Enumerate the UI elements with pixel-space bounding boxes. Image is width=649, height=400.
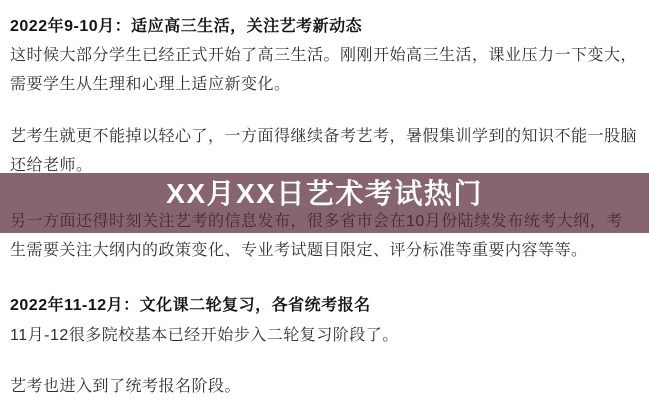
article-page: 2022年9-10月：适应高三生活，关注艺考新动态 这时候大部分学生已经正式开始… [0,0,649,400]
paragraph-art-exam-prep: 艺考生就更不能掉以轻心了，一方面得继续备考艺考，暑假集训学到的知识不能一股脑还给… [10,122,638,180]
paragraph-senior-life: 这时候大部分学生已经正式开始了高三生活。刚刚开始高三生活，课业压力一下变大，需要… [10,41,638,99]
section-heading-sep-oct: 2022年9-10月：适应高三生活，关注艺考新动态 [10,12,638,41]
paragraph-second-review: 11月-12很多院校基本已经开始步入二轮复习阶段了。 [10,321,638,350]
watermark-banner-title: XX月XX日艺术考试热门 [166,179,483,209]
watermark-banner: XX月XX日艺术考试热门 [0,173,649,233]
section-heading-nov-dec: 2022年11-12月：文化课二轮复习，各省统考报名 [10,291,638,320]
paragraph-registration: 艺考也进入到了统考报名阶段。 [10,372,638,400]
